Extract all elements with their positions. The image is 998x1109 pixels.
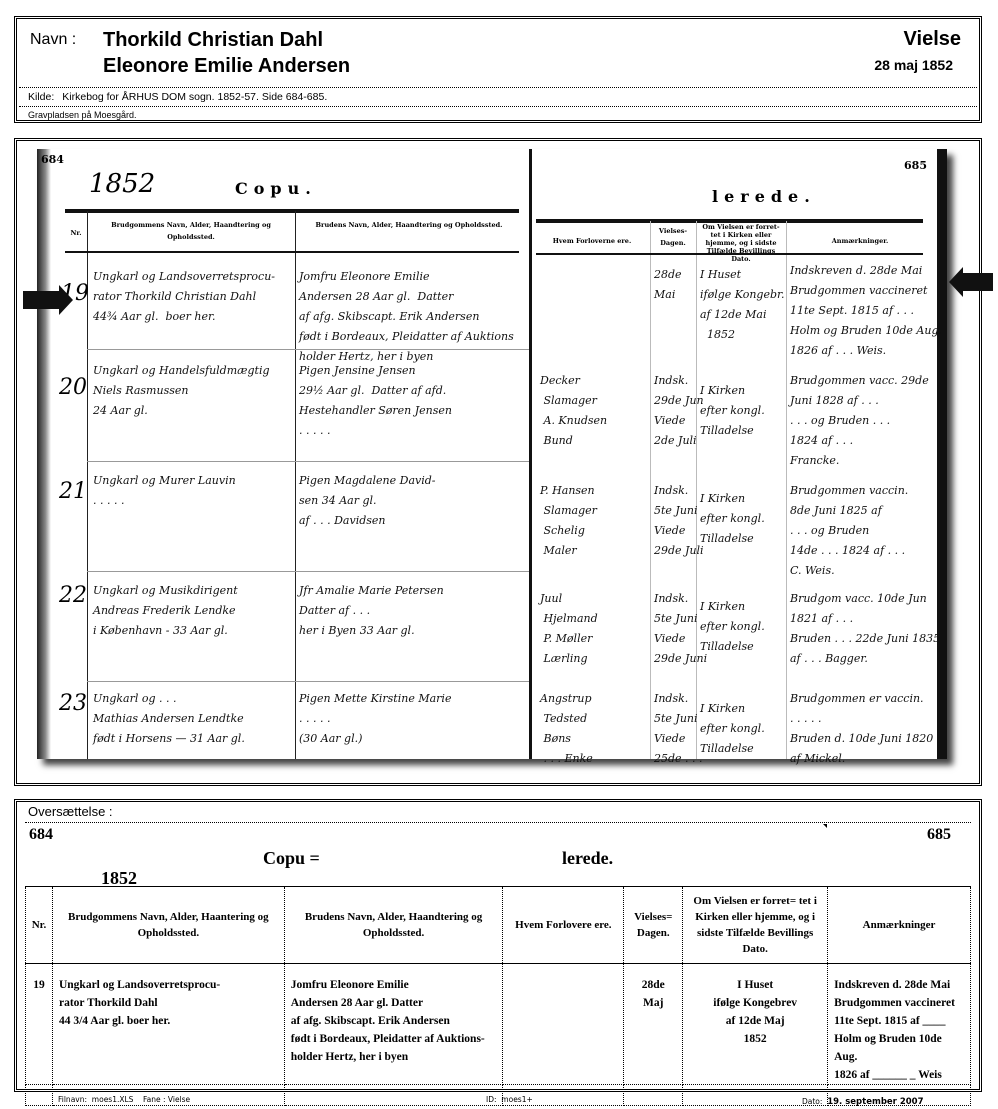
handwriting: Pigen Magdalene David- sen 34 Aar gl. af… [299,471,436,531]
scan-page-number-right: 685 [904,159,927,172]
handwriting: Brudgom vacc. 10de Jun 1821 af . . . Bru… [790,589,940,669]
rule [65,251,519,253]
source-label: Kilde: [28,91,54,103]
handwriting: Brudgommen vacc. 29de Juni 1828 af . . .… [790,371,929,471]
handwriting: Jfr Amalie Marie Petersen Datter af . . … [299,581,444,641]
translation-panel: Oversættelse : 684 685 Copu = lerede. 18… [14,799,982,1092]
handwriting: Indsk. 5te Juni Viede 25de . . . [654,689,703,769]
handwriting: Pigen Jensine Jensen 29½ Aar gl. Datter … [299,361,452,441]
place-line: af 12de Maj [689,1012,821,1030]
cell-place: I Huset ifølge Kongebrev af 12de Maj 185… [683,964,828,1085]
column-line [295,211,296,759]
handwriting: P. Hansen Slamager Schelig Maler [540,481,597,561]
handwriting: I Huset ifølge Kongebr. af 12de Mai 1852 [700,265,785,345]
handwriting: Juul Hjelmand P. Møller Lærling [540,589,598,669]
id-label: ID: [486,1095,497,1104]
bride-line: af afg. Skibscapt. Erik Andersen [291,1012,497,1030]
column-line [786,221,787,759]
row-line [87,571,529,572]
scan-col-groom: Brudgommens Navn, Alder, Haandtering og … [91,219,291,243]
handwriting: Ungkarl og Murer Lauvin . . . . . [93,471,236,511]
sheet-value: Vielse [168,1095,190,1104]
cell-witnesses [503,964,624,1085]
day-line: 28de [630,976,676,994]
groom-line: rator Thorkild Dahl [59,994,278,1012]
handwriting: Brudgommen er vaccin. . . . . . Bruden d… [790,689,933,769]
handwriting: Indsk. 29de Jun Viede 2de Juli [654,371,704,451]
handwriting: I Kirken efter kongl. Tilladelse [700,489,765,549]
handwriting: Indskreven d. 28de Mai Brudgommen vaccin… [790,261,942,361]
bride-line: født i Bordeaux, Pleidatter af Auktions- [291,1030,497,1048]
scan-page-right: 685 lerede. Hvem Forloverne ere. Vielses… [532,149,947,759]
table-row: 19 Ungkarl og Landsoverretsprocu- rator … [26,964,971,1085]
scan-title-left: Copu. [235,179,317,198]
row-line [87,461,529,462]
handwriting: I Kirken efter kongl. Tilladelse [700,699,765,759]
page-edge [37,149,51,759]
row-marker-arrow-left [23,291,59,309]
scan-col-bride: Brudens Navn, Alder, Haandtering og Opho… [299,219,519,231]
scan-col-witnesses: Hvem Forloverne ere. [536,235,648,247]
handwriting: Pigen Mette Kirstine Marie . . . . . (30… [299,689,451,749]
bride-line: Andersen 28 Aar gl. Datter [291,994,497,1012]
groom-line: 44 3/4 Aar gl. boer her. [59,1012,278,1030]
scan-col-nr: Nr. [65,227,87,239]
burial-note: Gravpladsen på Moesgård. [28,110,137,120]
sheet-label: Fane : [143,1095,166,1104]
cell-bride: Jomfru Eleonore Emilie Andersen 28 Aar g… [284,964,503,1085]
handwriting: Angstrup Tedsted Bøns . . . Enke [540,689,593,769]
scan-col-place: Om Vielsen er forret-tet i Kirken eller … [698,223,784,263]
empty-cell [26,1085,53,1106]
translation-table: Nr. Brudgommens Navn, Alder, Haantering … [25,886,971,1106]
remarks-line: Holm og Bruden 10de Aug. [834,1030,964,1066]
handwriting: Indsk. 5te Juni Viede 29de Juli [654,481,704,561]
cell-nr: 19 [26,964,53,1085]
handwriting: Brudgommen vaccin. 8de Juni 1825 af . . … [790,481,908,581]
scan-page-left: 684 1852 Copu. Nr. Brudgommens Navn, Ald… [37,149,532,759]
table-header-row: Nr. Brudgommens Navn, Alder, Haantering … [26,887,971,964]
col-place: Om Vielsen er forret= tet i Kirken eller… [683,887,828,964]
footer-id: ID: moes1+ [486,1095,533,1104]
place-line: I Huset [689,976,821,994]
title-right: lerede. [562,848,613,869]
record-header: Navn : Thorkild Christian Dahl Eleonore … [14,16,982,123]
scan-row-number: 22 [59,583,87,608]
col-witnesses: Hvem Forlovere ere. [503,887,624,964]
scan-col-remarks: Anmærkninger. [790,235,930,247]
date-value: 19. september 2007 [827,1097,923,1107]
col-remarks: Anmærkninger [828,887,971,964]
source-text: Kirkebog for ÅRHUS DOM sogn. 1852-57. Si… [62,91,327,103]
handwriting: Ungkarl og Landsoverretsprocu- rator Tho… [93,267,275,327]
handwriting: Ungkarl og Musikdirigent Andreas Frederi… [93,581,238,641]
row-line [87,681,529,682]
col-bride: Brudens Navn, Alder, Haandtering og Opho… [284,887,503,964]
event-date: 28 maj 1852 [874,57,953,73]
footer-filename: Filnavn: moes1.XLS Fane : Vielse [58,1095,190,1104]
bride-line: holder Hertz, her i byen [291,1048,497,1066]
rule [536,253,923,255]
handwriting: Ungkarl og Handelsfuldmægtig Niels Rasmu… [93,361,270,421]
title-left: Copu = [263,848,320,869]
remarks-line: 1826 af ______ _ Weis [834,1066,964,1084]
scan-row-number: 20 [59,375,87,400]
groom-name: Thorkild Christian Dahl [103,29,323,52]
place-line: 1852 [689,1030,821,1048]
handwriting: Ungkarl og . . . Mathias Andersen Lendtk… [93,689,245,749]
filename-value: moes1.XLS [92,1095,134,1104]
remarks-line: Brudgommen vaccineret [834,994,964,1012]
source-line: Kilde:Kirkebog for ÅRHUS DOM sogn. 1852-… [28,91,327,103]
filename-label: Filnavn: [58,1095,87,1104]
scan-panel: 684 1852 Copu. Nr. Brudgommens Navn, Ald… [14,138,982,786]
scan-title-right: lerede. [712,187,816,206]
rule [65,209,519,213]
row-marker-arrow-right [963,273,993,291]
handwriting: 28de Mai [654,265,682,305]
col-nr: Nr. [26,887,53,964]
id-value: moes1+ [501,1095,532,1104]
footer-date: Dato: 19. september 2007 [802,1097,924,1107]
scan-year: 1852 [89,169,155,199]
cursor-mark [823,824,827,828]
translation-label: Oversættelse : [28,804,113,819]
navn-label: Navn : [30,31,76,49]
handwriting: I Kirken efter kongl. Tilladelse [700,381,765,441]
handwriting: Decker Slamager A. Knudsen Bund [540,371,607,451]
col-wedding-day: Vielses= Dagen. [624,887,683,964]
cell-groom: Ungkarl og Landsoverretsprocu- rator Tho… [52,964,284,1085]
empty-cell [284,1085,503,1106]
handwriting: I Kirken efter kongl. Tilladelse [700,597,765,657]
col-groom: Brudgommens Navn, Alder, Haantering og O… [52,887,284,964]
divider [25,822,971,823]
groom-line: Ungkarl og Landsoverretsprocu- [59,976,278,994]
page-number-left: 684 [29,826,53,844]
scan-row-number: 23 [59,691,87,716]
remarks-line: 11te Sept. 1815 af ____ [834,1012,964,1030]
day-line: Maj [630,994,676,1012]
church-book-scan: 684 1852 Copu. Nr. Brudgommens Navn, Ald… [37,149,947,759]
event-type: Vielse [904,28,961,51]
handwriting: Jomfru Eleonore Emilie Andersen 28 Aar g… [299,267,514,367]
date-label: Dato: [802,1097,822,1106]
divider [19,106,977,107]
cell-remarks: Indskreven d. 28de Mai Brudgommen vaccin… [828,964,971,1085]
cell-wedding-day: 28de Maj [624,964,683,1085]
scan-row-number: 21 [59,479,87,504]
remarks-line: Indskreven d. 28de Mai [834,976,964,994]
place-line: ifølge Kongebrev [689,994,821,1012]
divider [19,87,977,88]
bride-name: Eleonore Emilie Andersen [103,55,350,78]
column-line [650,221,651,759]
empty-cell [624,1085,683,1106]
scan-col-day: Vielses-Dagen. [652,225,694,249]
page-number-right: 685 [927,826,951,844]
scan-page-number-left: 684 [41,153,64,166]
bride-line: Jomfru Eleonore Emilie [291,976,497,994]
